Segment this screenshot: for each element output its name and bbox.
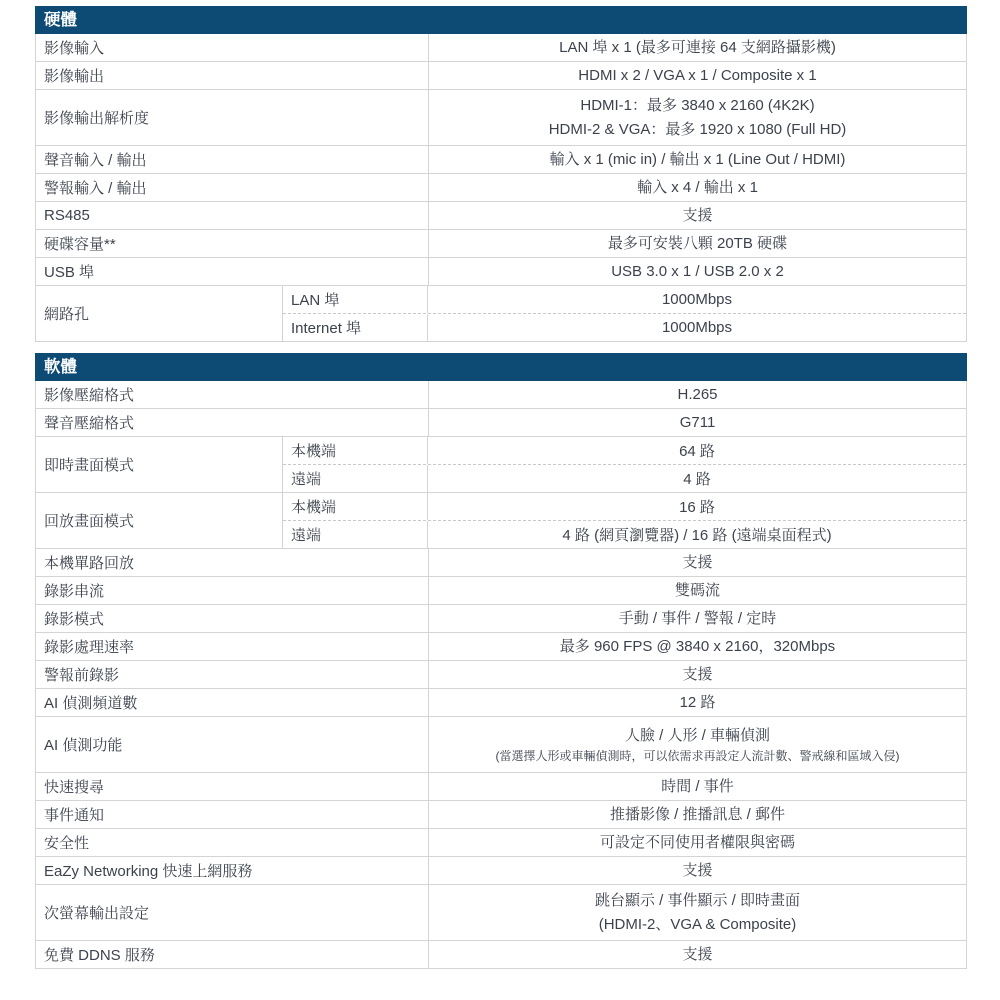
spec-value: 輸入 x 1 (mic in) / 輸出 x 1 (Line Out / HDM… — [429, 146, 966, 173]
spec-label: 本機單路回放 — [36, 549, 429, 576]
section-title: 硬體 — [35, 6, 967, 34]
spec-row: 聲音輸入 / 輸出 輸入 x 1 (mic in) / 輸出 x 1 (Line… — [36, 146, 966, 174]
spec-value: 跳台顯示 / 事件顯示 / 即時畫面 (HDMI-2、VGA & Composi… — [429, 885, 966, 940]
section-body: 影像輸入 LAN 埠 x 1 (最多可連接 64 支網路攝影機) 影像輸出 HD… — [35, 34, 967, 342]
spec-row: 影像壓縮格式 H.265 — [36, 381, 966, 409]
spec-sublabel: 本機端 — [283, 437, 428, 464]
spec-subvalue: 16 路 — [428, 493, 966, 520]
spec-row: AI 偵測頻道數 12 路 — [36, 689, 966, 717]
spec-note: (當選擇人形或車輛偵測時，可以依需求再設定人流計數、警戒線和區域入侵) — [496, 748, 900, 765]
spec-subrow: 本機端 16 路 — [283, 493, 966, 520]
spec-row: 錄影處理速率 最多 960 FPS @ 3840 x 2160，320Mbps — [36, 633, 966, 661]
spec-label: 回放畫面模式 — [36, 493, 283, 548]
spec-value: 輸入 x 4 / 輸出 x 1 — [429, 174, 966, 201]
spec-value: H.265 — [429, 381, 966, 408]
spec-row: 事件通知 推播影像 / 推播訊息 / 郵件 — [36, 801, 966, 829]
spec-subvalue: 4 路 — [428, 465, 966, 492]
spec-label: 安全性 — [36, 829, 429, 856]
spec-value-line: (HDMI-2、VGA & Composite) — [599, 913, 797, 936]
spec-row: 本機單路回放 支援 — [36, 549, 966, 577]
spec-value: 人臉 / 人形 / 車輛偵測 (當選擇人形或車輛偵測時，可以依需求再設定人流計數… — [429, 717, 966, 772]
spec-row: 錄影串流 雙碼流 — [36, 577, 966, 605]
spec-label: 影像輸入 — [36, 34, 429, 61]
spec-subvalue: 1000Mbps — [428, 286, 966, 313]
spec-subvalue: 4 路 (網頁瀏覽器) / 16 路 (遠端桌面程式) — [428, 521, 966, 548]
spec-row: 警報前錄影 支援 — [36, 661, 966, 689]
spec-value: 最多可安裝八顆 20TB 硬碟 — [429, 230, 966, 257]
section-title: 軟體 — [35, 353, 967, 381]
spec-value: 雙碼流 — [429, 577, 966, 604]
spec-label: USB 埠 — [36, 258, 429, 285]
spec-label: 錄影串流 — [36, 577, 429, 604]
spec-label: 聲音壓縮格式 — [36, 409, 429, 436]
spec-subrow: 本機端 64 路 — [283, 437, 966, 464]
spec-label: 警報輸入 / 輸出 — [36, 174, 429, 201]
spec-value: 12 路 — [429, 689, 966, 716]
spec-value: 可設定不同使用者權限與密碼 — [429, 829, 966, 856]
spec-row: 免費 DDNS 服務 支援 — [36, 941, 966, 969]
spec-value: 手動 / 事件 / 警報 / 定時 — [429, 605, 966, 632]
spec-row: RS485 支援 — [36, 202, 966, 230]
spec-label: 事件通知 — [36, 801, 429, 828]
spec-value: USB 3.0 x 1 / USB 2.0 x 2 — [429, 258, 966, 285]
spec-label: AI 偵測頻道數 — [36, 689, 429, 716]
spec-subrow: 遠端 4 路 (網頁瀏覽器) / 16 路 (遠端桌面程式) — [283, 520, 966, 548]
spec-subrow: 遠端 4 路 — [283, 464, 966, 492]
spec-label: 網路孔 — [36, 286, 283, 341]
section-software: 軟體 影像壓縮格式 H.265 聲音壓縮格式 G711 即時畫面模式 本機端 6… — [35, 353, 967, 969]
spec-value: 支援 — [429, 661, 966, 688]
spec-value-line: 跳台顯示 / 事件顯示 / 即時畫面 — [595, 889, 800, 912]
spec-row: AI 偵測功能 人臉 / 人形 / 車輛偵測 (當選擇人形或車輛偵測時，可以依需… — [36, 717, 966, 773]
spec-label: 錄影模式 — [36, 605, 429, 632]
spec-row: 安全性 可設定不同使用者權限與密碼 — [36, 829, 966, 857]
spec-row: USB 埠 USB 3.0 x 1 / USB 2.0 x 2 — [36, 258, 966, 286]
spec-row: 即時畫面模式 本機端 64 路 遠端 4 路 — [36, 437, 966, 493]
spec-row: 影像輸出 HDMI x 2 / VGA x 1 / Composite x 1 — [36, 62, 966, 90]
spec-label: 影像壓縮格式 — [36, 381, 429, 408]
spec-label: 次螢幕輸出設定 — [36, 885, 429, 940]
spec-value: 支援 — [429, 857, 966, 884]
spec-row: 硬碟容量** 最多可安裝八顆 20TB 硬碟 — [36, 230, 966, 258]
spec-subrows: 本機端 64 路 遠端 4 路 — [283, 437, 966, 492]
spec-label: 影像輸出 — [36, 62, 429, 89]
spec-subvalue: 1000Mbps — [428, 314, 966, 341]
spec-sublabel: LAN 埠 — [283, 286, 428, 313]
spec-value: G711 — [429, 409, 966, 436]
spec-value: LAN 埠 x 1 (最多可連接 64 支網路攝影機) — [429, 34, 966, 61]
spec-row: 錄影模式 手動 / 事件 / 警報 / 定時 — [36, 605, 966, 633]
spec-subrow: Internet 埠 1000Mbps — [283, 313, 966, 341]
spec-value-line: 人臉 / 人形 / 車輛偵測 — [625, 724, 770, 747]
spec-subrow: LAN 埠 1000Mbps — [283, 286, 966, 313]
spec-value: 時間 / 事件 — [429, 773, 966, 800]
spec-sublabel: 遠端 — [283, 465, 428, 492]
spec-value-line: HDMI-2 & VGA：最多 1920 x 1080 (Full HD) — [549, 118, 847, 141]
spec-value: 最多 960 FPS @ 3840 x 2160，320Mbps — [429, 633, 966, 660]
spec-label: 錄影處理速率 — [36, 633, 429, 660]
spec-label: EaZy Networking 快速上網服務 — [36, 857, 429, 884]
spec-row: 影像輸出解析度 HDMI-1：最多 3840 x 2160 (4K2K) HDM… — [36, 90, 966, 146]
spec-label: RS485 — [36, 202, 429, 229]
spec-subvalue: 64 路 — [428, 437, 966, 464]
spec-value-line: HDMI-1：最多 3840 x 2160 (4K2K) — [580, 94, 814, 117]
spec-value: HDMI-1：最多 3840 x 2160 (4K2K) HDMI-2 & VG… — [429, 90, 966, 145]
spec-row: 回放畫面模式 本機端 16 路 遠端 4 路 (網頁瀏覽器) / 16 路 (遠… — [36, 493, 966, 549]
spec-label: 硬碟容量** — [36, 230, 429, 257]
spec-row: 次螢幕輸出設定 跳台顯示 / 事件顯示 / 即時畫面 (HDMI-2、VGA &… — [36, 885, 966, 941]
spec-row: 影像輸入 LAN 埠 x 1 (最多可連接 64 支網路攝影機) — [36, 34, 966, 62]
spec-label: 免費 DDNS 服務 — [36, 941, 429, 968]
spec-row: 網路孔 LAN 埠 1000Mbps Internet 埠 1000Mbps — [36, 286, 966, 342]
spec-table: 硬體 影像輸入 LAN 埠 x 1 (最多可連接 64 支網路攝影機) 影像輸出… — [35, 6, 967, 969]
spec-value: 支援 — [429, 941, 966, 968]
spec-subrows: LAN 埠 1000Mbps Internet 埠 1000Mbps — [283, 286, 966, 341]
spec-subrows: 本機端 16 路 遠端 4 路 (網頁瀏覽器) / 16 路 (遠端桌面程式) — [283, 493, 966, 548]
section-body: 影像壓縮格式 H.265 聲音壓縮格式 G711 即時畫面模式 本機端 64 路… — [35, 381, 967, 969]
spec-row: 警報輸入 / 輸出 輸入 x 4 / 輸出 x 1 — [36, 174, 966, 202]
spec-value: 支援 — [429, 202, 966, 229]
spec-value: HDMI x 2 / VGA x 1 / Composite x 1 — [429, 62, 966, 89]
spec-value: 支援 — [429, 549, 966, 576]
spec-label: 聲音輸入 / 輸出 — [36, 146, 429, 173]
spec-row: 聲音壓縮格式 G711 — [36, 409, 966, 437]
spec-sublabel: 本機端 — [283, 493, 428, 520]
section-hardware: 硬體 影像輸入 LAN 埠 x 1 (最多可連接 64 支網路攝影機) 影像輸出… — [35, 6, 967, 342]
spec-sublabel: 遠端 — [283, 521, 428, 548]
spec-label: 即時畫面模式 — [36, 437, 283, 492]
spec-label: 快速搜尋 — [36, 773, 429, 800]
spec-sublabel: Internet 埠 — [283, 314, 428, 341]
spec-value: 推播影像 / 推播訊息 / 郵件 — [429, 801, 966, 828]
spec-label: 警報前錄影 — [36, 661, 429, 688]
spec-label: AI 偵測功能 — [36, 717, 429, 772]
spec-row: EaZy Networking 快速上網服務 支援 — [36, 857, 966, 885]
spec-row: 快速搜尋 時間 / 事件 — [36, 773, 966, 801]
spec-label: 影像輸出解析度 — [36, 90, 429, 145]
